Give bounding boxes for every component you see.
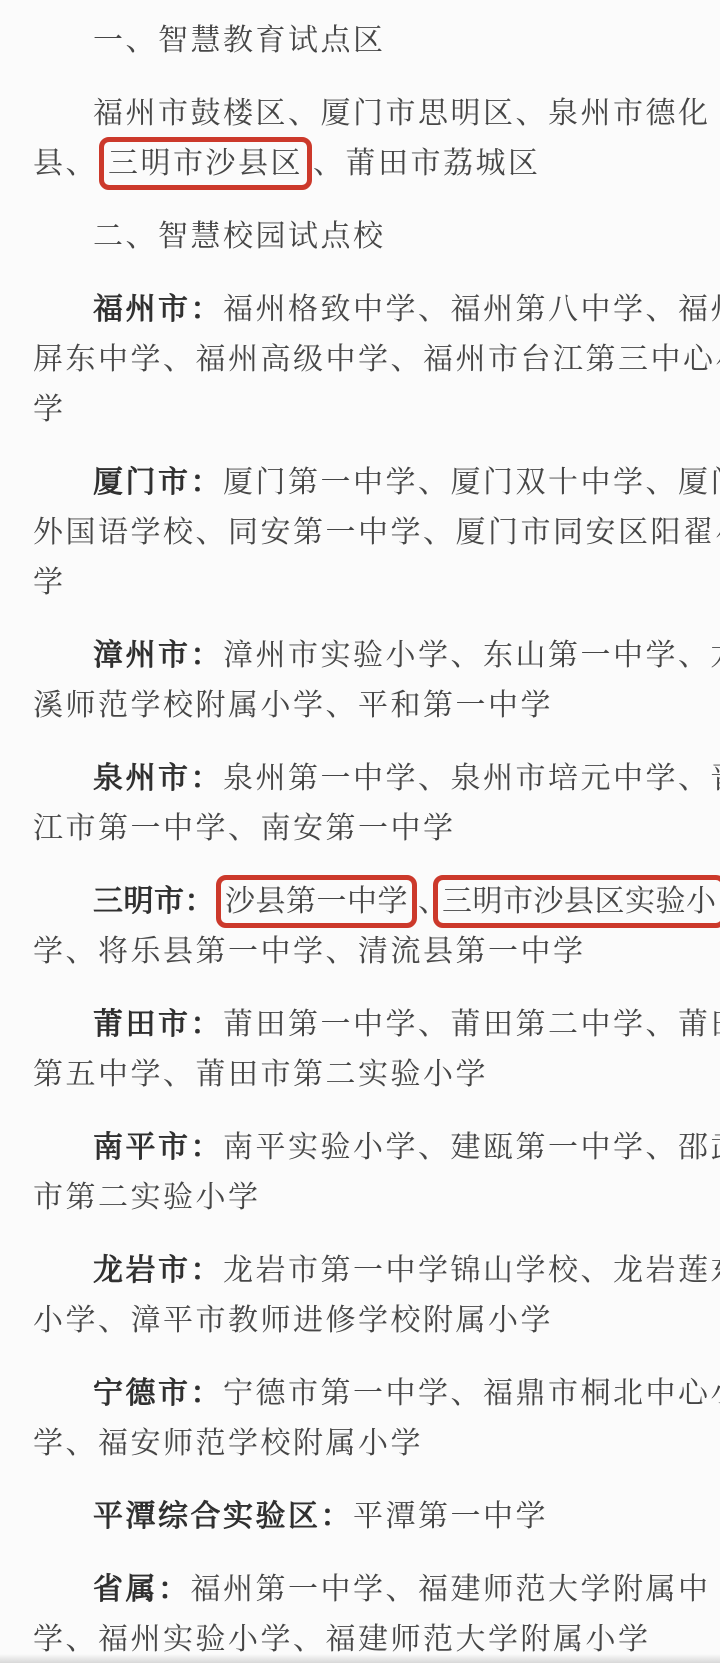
text-line: 小学、漳平市教师进修学校附属小学 — [33, 1296, 690, 1346]
text-line: 厦门市：厦门第一中学、厦门双十中学、厦门 — [33, 458, 690, 508]
district-list-text: 、莆田市荔城区 — [313, 147, 541, 180]
school-list-text: 学 — [33, 393, 66, 426]
highlight-box: 三明市沙县区 — [99, 137, 312, 190]
school-list-text: 漳州市实验小学、东山第一中学、龙 — [223, 639, 720, 672]
text-line: 三明市：沙县第一中学、三明市沙县区实验小 — [33, 877, 690, 927]
text-line: 宁德市：宁德市第一中学、福鼎市桐北中心小 — [33, 1369, 690, 1419]
text-line: 江市第一中学、南安第一中学 — [33, 804, 690, 854]
text-line: 学、福安师范学校附属小学 — [33, 1419, 690, 1469]
school-list-text: 宁德市第一中学、福鼎市桐北中心小 — [223, 1377, 720, 1410]
text-line: 漳州市：漳州市实验小学、东山第一中学、龙 — [33, 631, 690, 681]
school-list-text: 福州格致中学、福州第八中学、福州 — [223, 293, 720, 326]
highlighted-text: 沙县第一中学 — [225, 885, 408, 918]
text-line: 第五中学、莆田市第二实验小学 — [33, 1050, 690, 1100]
school-list-text: 外国语学校、同安第一中学、厦门市同安区阳翟小 — [33, 516, 720, 549]
highlighted-text: 三明市沙县区 — [108, 147, 303, 180]
city-label: 厦门市： — [93, 466, 223, 499]
section-heading: 一、智慧教育试点区 — [33, 16, 690, 66]
school-list-text: 学 — [33, 566, 66, 599]
bottom-edge-shadow — [0, 1654, 720, 1663]
school-list-text: 屏东中学、福州高级中学、福州市台江第三中心小 — [33, 343, 720, 376]
highlighted-text: 三明市沙县区实验小 — [442, 885, 717, 918]
text-line: 学 — [33, 385, 690, 435]
school-list-text: 第五中学、莆田市第二实验小学 — [33, 1058, 488, 1091]
text-line: 屏东中学、福州高级中学、福州市台江第三中心小 — [33, 335, 690, 385]
city-label: 泉州市： — [93, 762, 223, 795]
school-list-text: 江市第一中学、南安第一中学 — [33, 812, 456, 845]
school-list-text: 莆田第一中学、莆田第二中学、莆田 — [223, 1008, 720, 1041]
text-line: 平潭综合实验区：平潭第一中学 — [33, 1492, 690, 1542]
region-label: 平潭综合实验区： — [93, 1500, 353, 1533]
city-label: 三明市： — [93, 885, 215, 918]
school-list-text: 溪师范学校附属小学、平和第一中学 — [33, 689, 553, 722]
city-label: 福州市： — [93, 293, 223, 326]
text-line: 南平市：南平实验小学、建瓯第一中学、邵武 — [33, 1123, 690, 1173]
text-line: 福州市：福州格致中学、福州第八中学、福州 — [33, 285, 690, 335]
district-list-text: 福州市鼓楼区、厦门市思明区、泉州市德化 — [93, 97, 711, 130]
text-line: 县、三明市沙县区、莆田市荔城区 — [33, 139, 690, 189]
school-list-text: 平潭第一中学 — [353, 1500, 548, 1533]
text-line: 泉州市：泉州第一中学、泉州市培元中学、晋 — [33, 754, 690, 804]
text-line: 学、将乐县第一中学、清流县第一中学 — [33, 927, 690, 977]
province-label: 省属： — [93, 1573, 191, 1606]
city-label: 龙岩市： — [93, 1254, 223, 1287]
text-line: 省属：福州第一中学、福建师范大学附属中 — [33, 1565, 690, 1615]
highlight-box: 三明市沙县区实验小 — [433, 875, 720, 928]
text-line: 龙岩市：龙岩市第一中学锦山学校、龙岩莲东 — [33, 1246, 690, 1296]
school-list-text: 南平实验小学、建瓯第一中学、邵武 — [223, 1131, 720, 1164]
city-label: 南平市： — [93, 1131, 223, 1164]
city-label: 莆田市： — [93, 1008, 223, 1041]
school-list-text: 学、福州实验小学、福建师范大学附属小学 — [33, 1623, 651, 1656]
district-list-text: 县、 — [33, 147, 98, 180]
school-list-text: 小学、漳平市教师进修学校附属小学 — [33, 1304, 553, 1337]
school-list-text: 厦门第一中学、厦门双十中学、厦门 — [223, 466, 720, 499]
text-line: 莆田市：莆田第一中学、莆田第二中学、莆田 — [33, 1000, 690, 1050]
school-list-text: 市第二实验小学 — [33, 1181, 261, 1214]
school-list-text: 福州第一中学、福建师范大学附属中 — [191, 1573, 711, 1606]
city-label: 漳州市： — [93, 639, 223, 672]
section-heading: 二、智慧校园试点校 — [33, 212, 690, 262]
city-label: 宁德市： — [93, 1377, 223, 1410]
text-line: 市第二实验小学 — [33, 1173, 690, 1223]
separator-text: 、 — [418, 877, 432, 927]
article-body: 一、智慧教育试点区 福州市鼓楼区、厦门市思明区、泉州市德化 县、三明市沙县区、莆… — [0, 0, 720, 1663]
text-line: 外国语学校、同安第一中学、厦门市同安区阳翟小 — [33, 508, 690, 558]
highlight-box: 沙县第一中学 — [216, 875, 417, 928]
school-list-text: 龙岩市第一中学锦山学校、龙岩莲东 — [223, 1254, 720, 1287]
section-heading-text: 一、智慧教育试点区 — [93, 24, 386, 57]
section-heading-text: 二、智慧校园试点校 — [93, 220, 386, 253]
school-list-text: 学、福安师范学校附属小学 — [33, 1427, 423, 1460]
text-line: 溪师范学校附属小学、平和第一中学 — [33, 681, 690, 731]
article-page: { "page": { "background_color": "#fbfbfb… — [0, 0, 720, 1663]
school-list-text: 泉州第一中学、泉州市培元中学、晋 — [223, 762, 720, 795]
text-line: 学 — [33, 558, 690, 608]
school-list-text: 学、将乐县第一中学、清流县第一中学 — [33, 935, 586, 968]
text-line: 福州市鼓楼区、厦门市思明区、泉州市德化 — [33, 89, 690, 139]
